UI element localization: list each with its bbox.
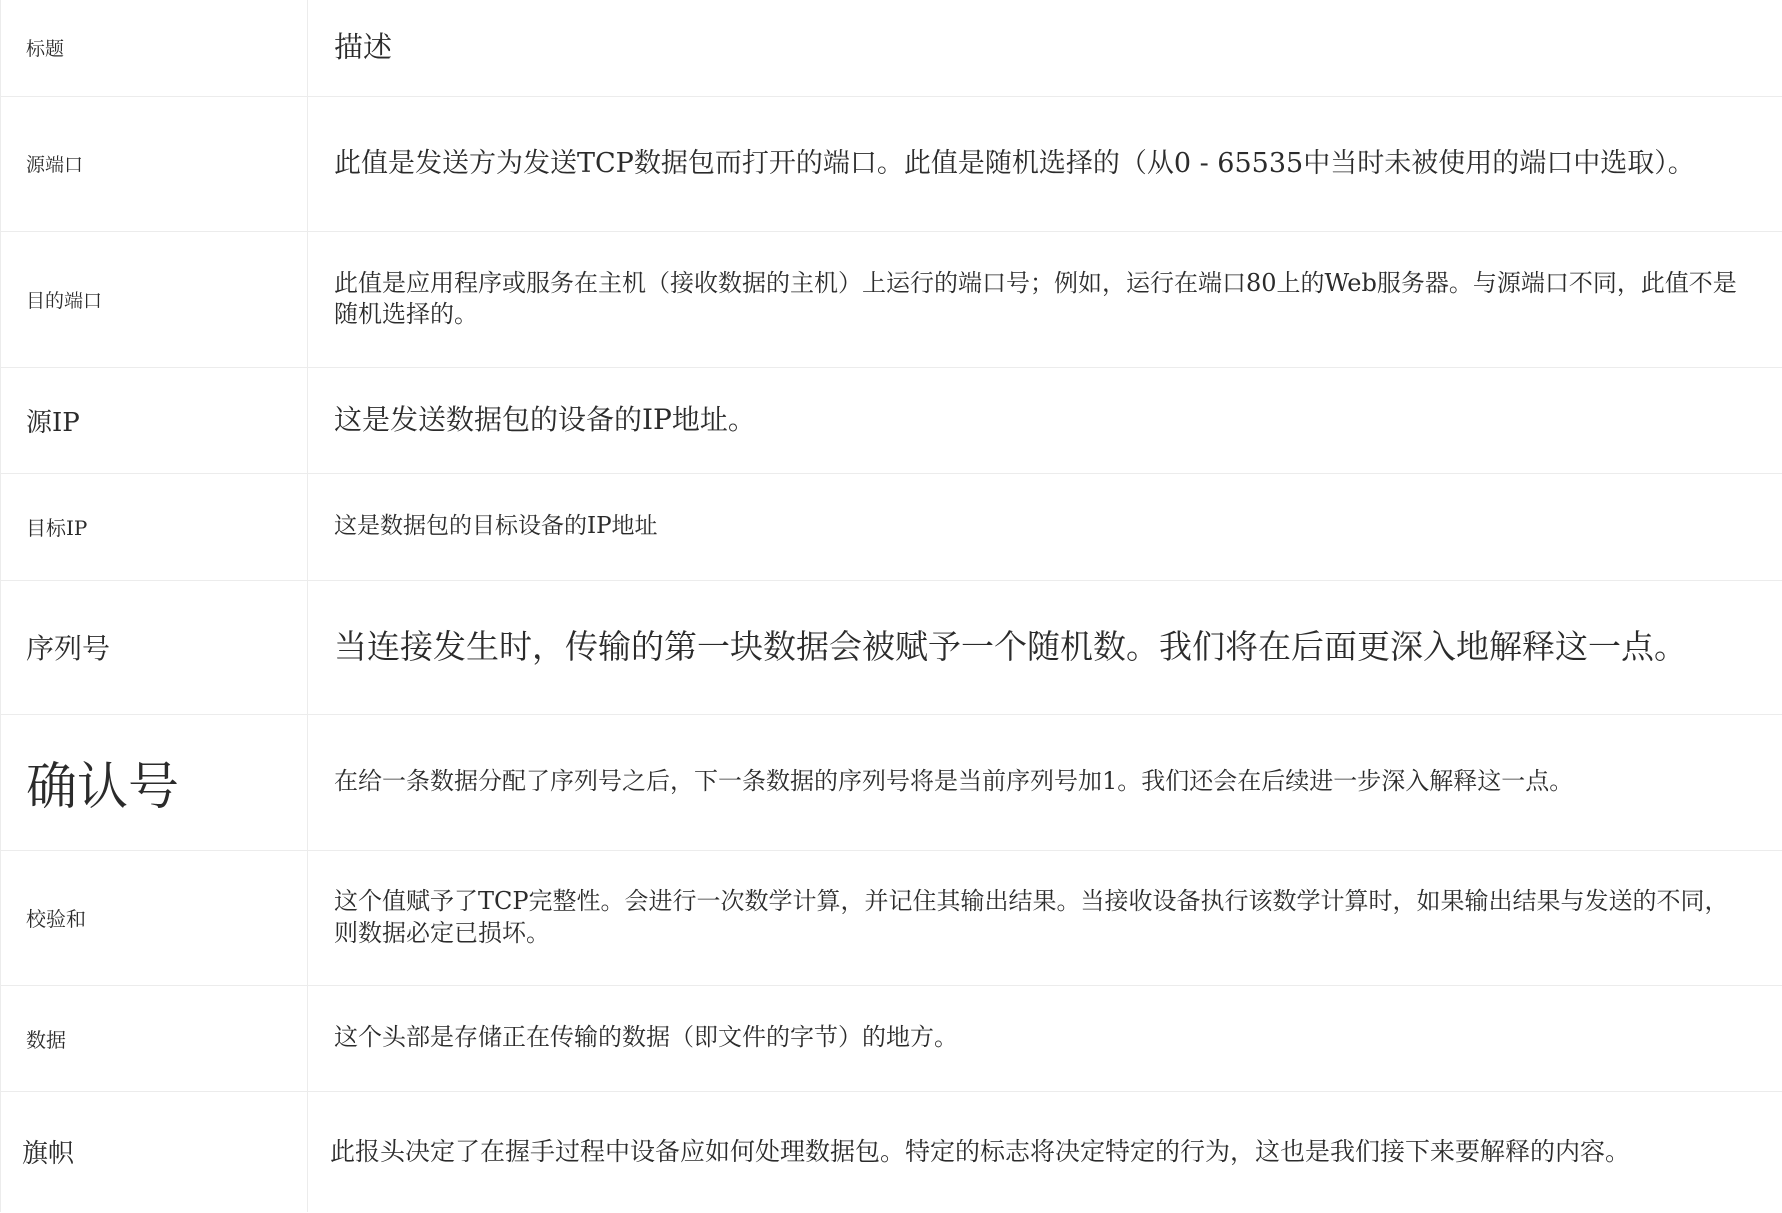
field-cell: 校验和 <box>1 850 308 985</box>
table-row: 旗帜 此报头决定了在握手过程中设备应如何处理数据包。特定的标志将决定特定的行为，… <box>1 1091 1782 1212</box>
description-text: 此值是应用程序或服务在主机（接收数据的主机）上运行的端口号；例如，运行在端口80… <box>334 269 1737 328</box>
description-cell: 这是发送数据包的设备的IP地址。 <box>308 367 1782 473</box>
description-cell: 这是数据包的目标设备的IP地址 <box>308 473 1782 580</box>
description-cell: 此值是应用程序或服务在主机（接收数据的主机）上运行的端口号；例如，运行在端口80… <box>308 231 1782 367</box>
description-cell: 此报头决定了在握手过程中设备应如何处理数据包。特定的标志将决定特定的行为，这也是… <box>308 1091 1782 1212</box>
field-label: 校验和 <box>26 907 86 931</box>
field-cell: 目标IP <box>1 473 308 580</box>
description-cell: 此值是发送方为发送TCP数据包而打开的端口。此值是随机选择的（从0 - 6553… <box>308 96 1782 231</box>
description-text: 当连接发生时，传输的第一块数据会被赋予一个随机数。我们将在后面更深入地解释这一点… <box>334 627 1687 666</box>
table-row: 数据 这个头部是存储正在传输的数据（即文件的字节）的地方。 <box>1 985 1782 1091</box>
table-header-row: 标题 描述 <box>1 0 1782 96</box>
field-label: 旗帜 <box>22 1139 74 1169</box>
table-row: 确认号 在给一条数据分配了序列号之后，下一条数据的序列号将是当前序列号加1。我们… <box>1 714 1782 850</box>
description-text: 这是发送数据包的设备的IP地址。 <box>334 403 756 436</box>
description-text: 这个值赋予了TCP完整性。会进行一次数学计算，并记住其输出结果。当接收设备执行该… <box>334 887 1729 946</box>
description-cell: 在给一条数据分配了序列号之后，下一条数据的序列号将是当前序列号加1。我们还会在后… <box>308 714 1782 850</box>
description-text: 此报头决定了在握手过程中设备应如何处理数据包。特定的标志将决定特定的行为，这也是… <box>330 1137 1630 1166</box>
table-row: 校验和 这个值赋予了TCP完整性。会进行一次数学计算，并记住其输出结果。当接收设… <box>1 850 1782 985</box>
header-field-label: 标题 <box>26 38 64 60</box>
tcp-header-table: 标题 描述 源端口 此值是发送方为发送TCP数据包而打开的端口。此值是随机选择的… <box>0 0 1782 1212</box>
table-row: 目的端口 此值是应用程序或服务在主机（接收数据的主机）上运行的端口号；例如，运行… <box>1 231 1782 367</box>
field-label: 序列号 <box>26 632 110 665</box>
header-description-cell: 描述 <box>308 0 1782 96</box>
field-label: 数据 <box>26 1028 66 1052</box>
field-label: 确认号 <box>26 758 179 817</box>
field-cell: 旗帜 <box>1 1091 308 1212</box>
table-row: 序列号 当连接发生时，传输的第一块数据会被赋予一个随机数。我们将在后面更深入地解… <box>1 580 1782 714</box>
description-cell: 当连接发生时，传输的第一块数据会被赋予一个随机数。我们将在后面更深入地解释这一点… <box>308 580 1782 714</box>
header-description-label: 描述 <box>334 30 392 64</box>
field-cell: 序列号 <box>1 580 308 714</box>
field-label: 源端口 <box>26 154 83 176</box>
table-row: 源端口 此值是发送方为发送TCP数据包而打开的端口。此值是随机选择的（从0 - … <box>1 96 1782 231</box>
field-cell: 确认号 <box>1 714 308 850</box>
description-cell: 这个值赋予了TCP完整性。会进行一次数学计算，并记住其输出结果。当接收设备执行该… <box>308 850 1782 985</box>
field-cell: 源IP <box>1 367 308 473</box>
header-field-cell: 标题 <box>1 0 308 96</box>
field-cell: 数据 <box>1 985 308 1091</box>
description-text: 在给一条数据分配了序列号之后，下一条数据的序列号将是当前序列号加1。我们还会在后… <box>334 767 1573 795</box>
table-row: 目标IP 这是数据包的目标设备的IP地址 <box>1 473 1782 580</box>
description-text: 这个头部是存储正在传输的数据（即文件的字节）的地方。 <box>334 1023 958 1051</box>
description-cell: 这个头部是存储正在传输的数据（即文件的字节）的地方。 <box>308 985 1782 1091</box>
description-text: 此值是发送方为发送TCP数据包而打开的端口。此值是随机选择的（从0 - 6553… <box>334 148 1695 179</box>
field-cell: 源端口 <box>1 96 308 231</box>
field-label: 源IP <box>26 408 80 438</box>
field-label: 目标IP <box>26 516 87 540</box>
table-row: 源IP 这是发送数据包的设备的IP地址。 <box>1 367 1782 473</box>
field-cell: 目的端口 <box>1 231 308 367</box>
description-text: 这是数据包的目标设备的IP地址 <box>334 513 658 539</box>
field-label: 目的端口 <box>26 290 102 312</box>
